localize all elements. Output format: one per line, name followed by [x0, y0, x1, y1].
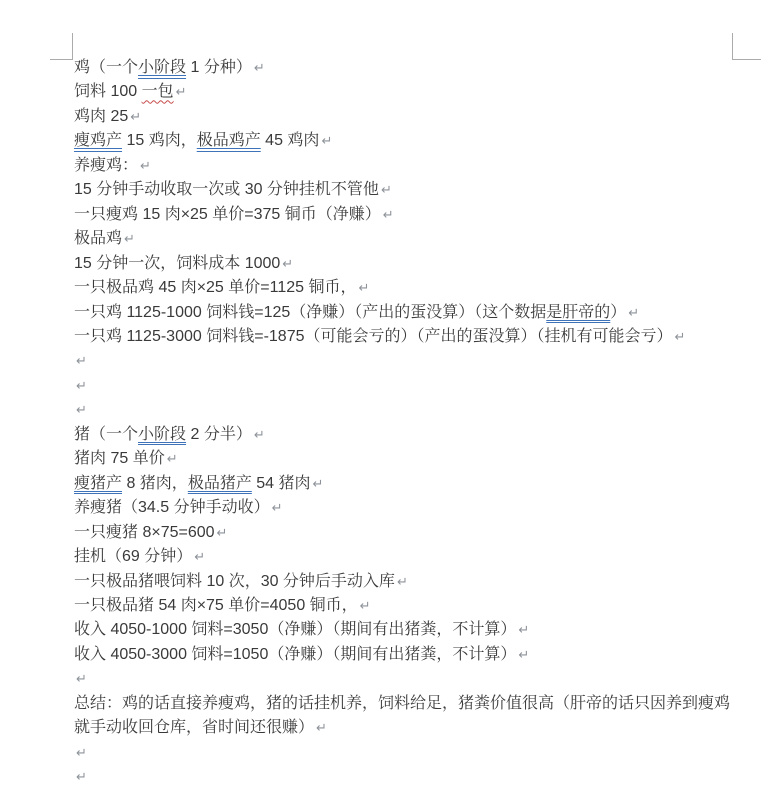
grammar-flagged-text: 小阶段	[138, 426, 186, 443]
paragraph-line[interactable]: ↵	[74, 667, 734, 691]
paragraph-line[interactable]: 养瘦猪（34.5 分钟手动收）↵	[74, 496, 734, 520]
text-run: 极品鸡	[74, 230, 122, 247]
paragraph-mark: ↵	[124, 231, 135, 246]
paragraph-line[interactable]: 极品鸡↵	[74, 227, 734, 251]
paragraph-line[interactable]: 一只鸡 1125-3000 饲料钱=-1875（可能会亏的）（产出的蛋没算）（挂…	[74, 325, 734, 349]
paragraph-line[interactable]: 鸡肉 25↵	[74, 105, 734, 129]
paragraph-mark: ↵	[383, 207, 394, 222]
text-run: 45 鸡肉	[261, 132, 320, 149]
text-run: 一只瘦猪 8×75=600	[74, 524, 215, 541]
text-run: 养瘦鸡：	[74, 157, 138, 174]
paragraph-line[interactable]: 瘦鸡产 15 鸡肉，极品鸡产 45 鸡肉↵	[74, 129, 734, 153]
paragraph-line[interactable]: 15 分钟一次，饲料成本 1000↵	[74, 252, 734, 276]
paragraph-mark: ↵	[675, 329, 686, 344]
paragraph-line[interactable]: 一只极品猪 54 肉×75 单价=4050 铜币，↵	[74, 594, 734, 618]
paragraph-line[interactable]: ↵	[74, 374, 734, 398]
paragraph-mark: ↵	[194, 549, 205, 564]
text-run: 15 分钟一次，饲料成本 1000	[74, 255, 280, 272]
text-run: 养瘦猪（34.5 分钟手动收）	[74, 499, 270, 516]
paragraph-mark: ↵	[397, 574, 408, 589]
text-run: 一只鸡 1125-3000 饲料钱=-1875（可能会亏的）（产出的蛋没算）（挂…	[74, 328, 673, 345]
text-run: 54 猪肉	[252, 475, 311, 492]
paragraph-line[interactable]: 猪肉 75 单价↵	[74, 447, 734, 471]
paragraph-line[interactable]: 一只瘦猪 8×75=600↵	[74, 521, 734, 545]
spelling-flagged-text: 一包	[142, 83, 174, 100]
paragraph-line[interactable]: 挂机（69 分钟）↵	[74, 545, 734, 569]
document-page[interactable]: 鸡（一个小阶段 1 分种）↵饲料 100 一包↵鸡肉 25↵瘦鸡产 15 鸡肉，…	[0, 0, 765, 800]
document-content: 鸡（一个小阶段 1 分种）↵饲料 100 一包↵鸡肉 25↵瘦鸡产 15 鸡肉，…	[74, 56, 734, 790]
text-run: 猪（一个	[74, 426, 138, 443]
text-run: 挂机（69 分钟）	[74, 548, 192, 565]
paragraph-line[interactable]: 总结：鸡的话直接养瘦鸡，猪的话挂机养，饲料给足，猪粪价值很高（肝帝的话只因养到瘦…	[74, 692, 734, 741]
paragraph-mark: ↵	[628, 305, 639, 320]
text-run: 一只鸡 1125-1000 饲料钱=125（净赚）（产出的蛋没算）（这个数据	[74, 304, 546, 321]
paragraph-mark: ↵	[518, 647, 529, 662]
text-run: 收入 4050-3000 饲料=1050（净赚）（期间有出猪粪，不计算）	[74, 646, 516, 663]
paragraph-line[interactable]: 收入 4050-1000 饲料=3050（净赚）（期间有出猪粪，不计算）↵	[74, 618, 734, 642]
text-run: 总结：鸡的话直接养瘦鸡，猪的话挂机养，饲料给足，猪粪价值很高（肝帝的话只因养到瘦…	[74, 695, 730, 736]
paragraph-mark: ↵	[518, 622, 529, 637]
paragraph-mark: ↵	[76, 378, 87, 393]
text-run: 收入 4050-1000 饲料=3050（净赚）（期间有出猪粪，不计算）	[74, 621, 516, 638]
paragraph-line[interactable]: 瘦猪产 8 猪肉，极品猪产 54 猪肉↵	[74, 472, 734, 496]
grammar-flagged-text: 是肝帝的	[546, 304, 610, 321]
paragraph-mark: ↵	[254, 427, 265, 442]
paragraph-mark: ↵	[360, 598, 371, 613]
grammar-flagged-text: 瘦猪产	[74, 475, 122, 492]
paragraph-mark: ↵	[167, 451, 178, 466]
grammar-flagged-text: 极品鸡产	[197, 132, 261, 149]
paragraph-mark: ↵	[217, 525, 228, 540]
paragraph-line[interactable]: 饲料 100 一包↵	[74, 80, 734, 104]
paragraph-mark: ↵	[272, 500, 283, 515]
grammar-flagged-text: 瘦鸡产	[74, 132, 122, 149]
text-run: 1 分种）	[186, 59, 252, 76]
text-run: 2 分半）	[186, 426, 252, 443]
paragraph-line[interactable]: 一只瘦鸡 15 肉×25 单价=375 铜币（净赚）↵	[74, 203, 734, 227]
text-run: 鸡（一个	[74, 59, 138, 76]
paragraph-mark: ↵	[321, 133, 332, 148]
text-run: 8 猪肉，	[122, 475, 188, 492]
paragraph-mark: ↵	[76, 745, 87, 760]
text-run: 15 分钟手动收取一次或 30 分钟挂机不管他	[74, 181, 379, 198]
text-run: 一只瘦鸡 15 肉×25 单价=375 铜币（净赚）	[74, 206, 381, 223]
text-run: 饲料 100	[74, 83, 142, 100]
paragraph-line[interactable]: 猪（一个小阶段 2 分半）↵	[74, 423, 734, 447]
text-run: 15 鸡肉，	[122, 132, 197, 149]
grammar-flagged-text: 极品猪产	[188, 475, 252, 492]
paragraph-mark: ↵	[76, 402, 87, 417]
paragraph-mark: ↵	[130, 109, 141, 124]
paragraph-mark: ↵	[76, 353, 87, 368]
text-run: 一只极品猪喂饲料 10 次，30 分钟后手动入库	[74, 573, 395, 590]
paragraph-line[interactable]: 一只极品猪喂饲料 10 次，30 分钟后手动入库↵	[74, 570, 734, 594]
paragraph-mark: ↵	[282, 256, 293, 271]
paragraph-line[interactable]: 15 分钟手动收取一次或 30 分钟挂机不管他↵	[74, 178, 734, 202]
paragraph-mark: ↵	[254, 60, 265, 75]
paragraph-mark: ↵	[76, 769, 87, 784]
paragraph-mark: ↵	[76, 671, 87, 686]
paragraph-line[interactable]: ↵	[74, 349, 734, 373]
paragraph-mark: ↵	[381, 182, 392, 197]
paragraph-line[interactable]: ↵	[74, 765, 734, 789]
margin-crop-mark-top-right	[732, 33, 761, 60]
text-run: 猪肉 75 单价	[74, 450, 165, 467]
paragraph-line[interactable]: 养瘦鸡：↵	[74, 154, 734, 178]
text-run: ）	[610, 304, 626, 321]
paragraph-line[interactable]: ↵	[74, 741, 734, 765]
paragraph-line[interactable]: 鸡（一个小阶段 1 分种）↵	[74, 56, 734, 80]
paragraph-line[interactable]: ↵	[74, 398, 734, 422]
paragraph-mark: ↵	[358, 280, 369, 295]
paragraph-mark: ↵	[176, 84, 187, 99]
text-run: 一只极品猪 54 肉×75 单价=4050 铜币，	[74, 597, 358, 614]
paragraph-mark: ↵	[313, 476, 324, 491]
text-run: 鸡肉 25	[74, 108, 128, 125]
paragraph-mark: ↵	[316, 720, 327, 735]
paragraph-line[interactable]: 一只鸡 1125-1000 饲料钱=125（净赚）（产出的蛋没算）（这个数据是肝…	[74, 301, 734, 325]
paragraph-line[interactable]: 收入 4050-3000 饲料=1050（净赚）（期间有出猪粪，不计算）↵	[74, 643, 734, 667]
grammar-flagged-text: 小阶段	[138, 59, 186, 76]
text-run: 一只极品鸡 45 肉×25 单价=1125 铜币，	[74, 279, 356, 296]
paragraph-mark: ↵	[140, 158, 151, 173]
paragraph-line[interactable]: 一只极品鸡 45 肉×25 单价=1125 铜币，↵	[74, 276, 734, 300]
margin-crop-mark-top-left	[50, 33, 73, 60]
